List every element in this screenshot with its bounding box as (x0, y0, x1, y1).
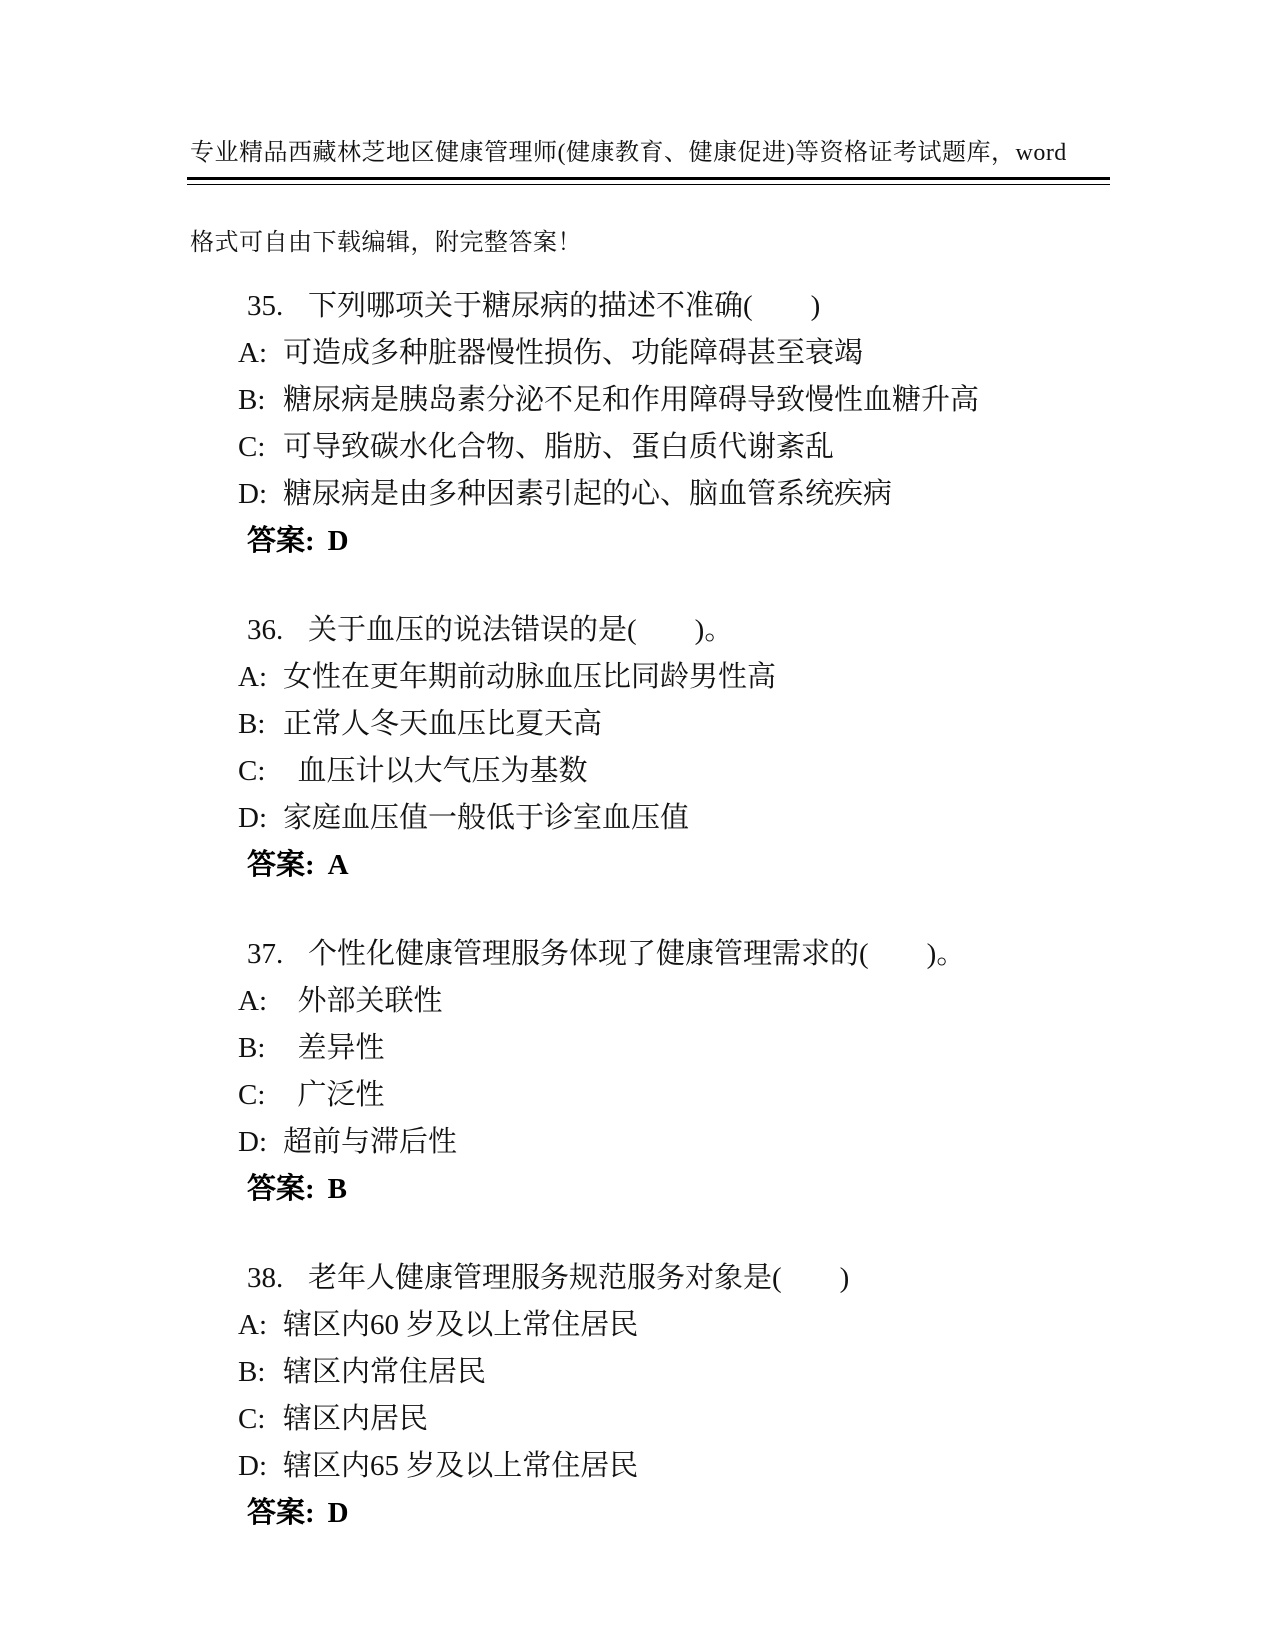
answer-label: 答案: (247, 525, 315, 557)
answer-label: 答案: (247, 1173, 315, 1205)
option-text: 辖区内常住居民 (283, 1356, 486, 1388)
option-text: 差异性 (283, 1032, 385, 1064)
header-divider (187, 177, 1110, 185)
question-block-37: 37.个性化健康管理服务体现了健康管理需求的( )。 A: 外部关联性 B: 差… (180, 884, 1140, 1166)
option-label: D: (238, 795, 283, 842)
question-number: 35. (247, 283, 308, 330)
answer-value: D (328, 525, 349, 557)
option-text: 可造成多种脏器慢性损伤、功能障碍甚至衰竭 (283, 337, 863, 369)
option-label: C: (238, 748, 283, 795)
header-line-1: 专业精品西藏林芝地区健康管理师(健康教育、健康促进)等资格证考试题库，word (190, 138, 1090, 168)
answer-label: 答案: (247, 849, 315, 881)
question-block-36: 36.关于血压的说法错误的是( )。 A:女性在更年期前动脉血压比同龄男性高 B… (180, 560, 1140, 842)
exam-page: 专业精品西藏林芝地区健康管理师(健康教育、健康促进)等资格证考试题库，word … (0, 0, 1275, 1650)
option-text: 辖区内65 岁及以上常住居民 (283, 1450, 638, 1482)
answer-value: A (328, 849, 349, 881)
question-stem-line: 37.个性化健康管理服务体现了健康管理需求的( )。 (180, 884, 1140, 931)
option-text: 超前与滞后性 (283, 1126, 457, 1158)
option-text: 正常人冬天血压比夏天高 (283, 708, 602, 740)
question-stem: 关于血压的说法错误的是( )。 (308, 614, 733, 646)
option-text: 辖区内居民 (283, 1403, 428, 1435)
option-label: C: (238, 1072, 283, 1119)
option-label: A: (238, 654, 283, 701)
option-text: 外部关联性 (283, 985, 443, 1017)
question-stem: 老年人健康管理服务规范服务对象是( ) (308, 1262, 849, 1294)
option-label: D: (238, 1119, 283, 1166)
option-label: B: (238, 1025, 283, 1072)
option-label: A: (238, 330, 283, 377)
answer-label: 答案: (247, 1497, 315, 1529)
question-block-35: 35.下列哪项关于糖尿病的描述不准确( ) A:可造成多种脏器慢性损伤、功能障碍… (180, 236, 1140, 518)
question-number: 36. (247, 607, 308, 654)
option-label: C: (238, 424, 283, 471)
option-text: 广泛性 (283, 1079, 385, 1111)
question-number: 37. (247, 931, 308, 978)
option-label: D: (238, 1443, 283, 1490)
option-label: C: (238, 1396, 283, 1443)
answer-value: D (328, 1497, 349, 1529)
option-text: 辖区内60 岁及以上常住居民 (283, 1309, 638, 1341)
question-list: 35.下列哪项关于糖尿病的描述不准确( ) A:可造成多种脏器慢性损伤、功能障碍… (180, 236, 1140, 1532)
question-stem: 下列哪项关于糖尿病的描述不准确( ) (308, 290, 820, 322)
option-text: 女性在更年期前动脉血压比同龄男性高 (283, 661, 776, 693)
question-stem-line: 36.关于血压的说法错误的是( )。 (180, 560, 1140, 607)
question-stem-line: 35.下列哪项关于糖尿病的描述不准确( ) (180, 236, 1140, 283)
option-label: B: (238, 701, 283, 748)
option-label: A: (238, 1302, 283, 1349)
question-stem: 个性化健康管理服务体现了健康管理需求的( )。 (308, 938, 965, 970)
option-label: B: (238, 1349, 283, 1396)
option-text: 家庭血压值一般低于诊室血压值 (283, 802, 689, 834)
question-number: 38. (247, 1255, 308, 1302)
answer-value: B (328, 1173, 347, 1205)
option-label: D: (238, 471, 283, 518)
option-label: A: (238, 978, 283, 1025)
option-text: 血压计以大气压为基数 (283, 755, 588, 787)
question-block-38: 38.老年人健康管理服务规范服务对象是( ) A:辖区内60 岁及以上常住居民 … (180, 1208, 1140, 1490)
question-stem-line: 38.老年人健康管理服务规范服务对象是( ) (180, 1208, 1140, 1255)
option-text: 糖尿病是胰岛素分泌不足和作用障碍导致慢性血糖升高 (283, 384, 979, 416)
option-label: B: (238, 377, 283, 424)
option-text: 糖尿病是由多种因素引起的心、脑血管系统疾病 (283, 478, 892, 510)
option-text: 可导致碳水化合物、脂肪、蛋白质代谢紊乱 (283, 431, 834, 463)
